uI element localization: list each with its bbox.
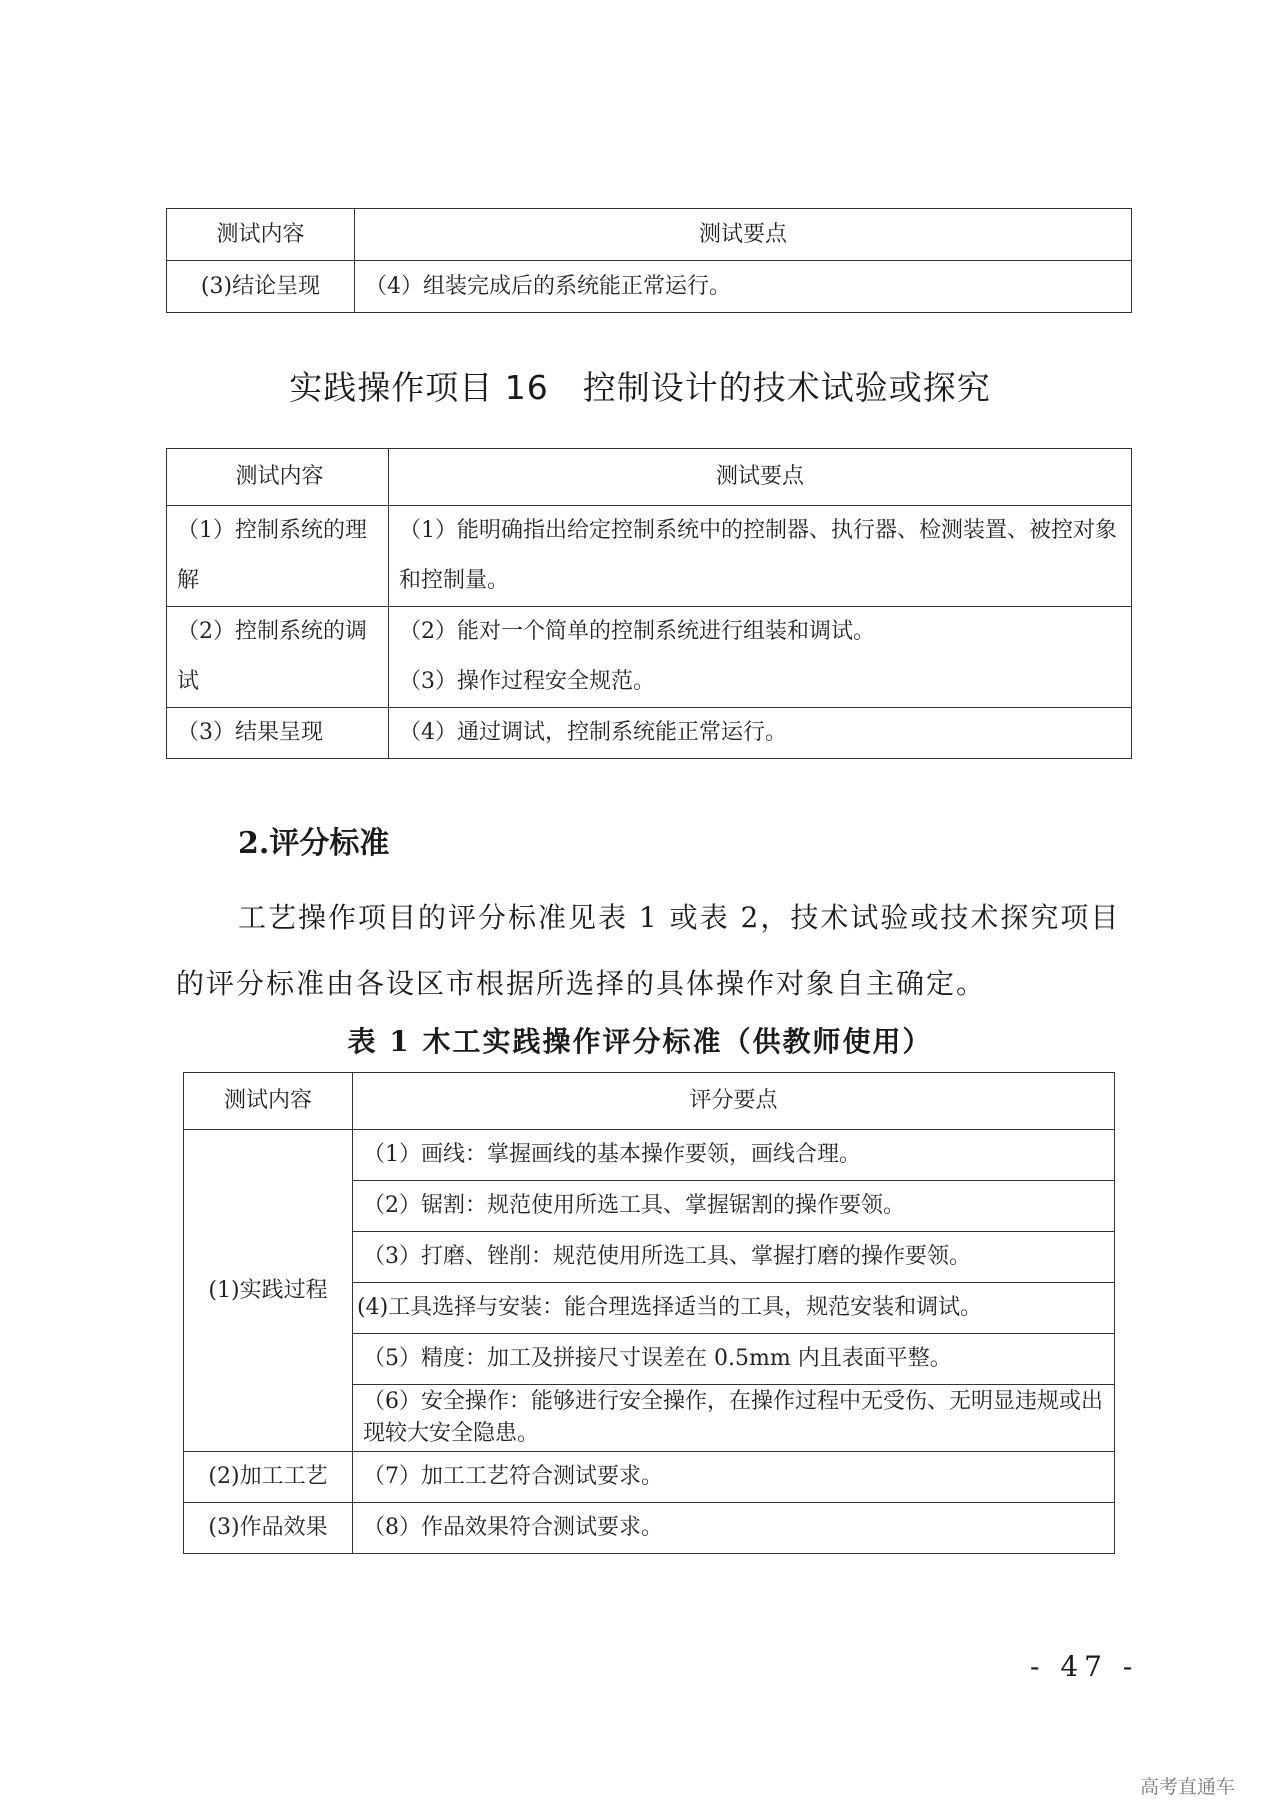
row-points: （6）安全操作：能够进行安全操作，在操作过程中无受伤、无明显违规或出现较大安全隐… xyxy=(353,1385,1115,1452)
table-row: (2)加工工艺 （7）加工工艺符合测试要求。 xyxy=(184,1452,1115,1503)
row-points: （2）能对一个简单的控制系统进行组装和调试。 （3）操作过程安全规范。 xyxy=(389,607,1132,708)
table-row: (3)结论呈现 （4）组装完成后的系统能正常运行。 xyxy=(167,261,1132,313)
section-paragraph: 工艺操作项目的评分标准见表 1 或表 2，技术试验或技术探究项目的评分标准由各设… xyxy=(176,885,1131,1017)
header-test-points: 测试要点 xyxy=(355,209,1132,261)
header-test-points: 测试要点 xyxy=(389,449,1132,506)
row-content: （2）控制系统的调试 xyxy=(167,607,389,708)
watermark-text: 高考直通车 xyxy=(1140,1772,1235,1799)
row-points: （3）打磨、锉削：规范使用所选工具、掌握打磨的操作要领。 xyxy=(353,1232,1115,1283)
table-row: (3)作品效果 （8）作品效果符合测试要求。 xyxy=(184,1503,1115,1554)
row-content: （1）控制系统的理解 xyxy=(167,506,389,607)
row-content: (3)结论呈现 xyxy=(167,261,355,313)
row-points: （4）组装完成后的系统能正常运行。 xyxy=(355,261,1132,313)
test-table-continued: 测试内容 测试要点 (3)结论呈现 （4）组装完成后的系统能正常运行。 xyxy=(166,208,1132,313)
row-content: （3）结果呈现 xyxy=(167,708,389,759)
point-item: （3）操作过程安全规范。 xyxy=(399,657,1121,707)
table-1-caption: 表 1 木工实践操作评分标准（供教师使用） xyxy=(0,1020,1280,1060)
row-points: （5）精度：加工及拼接尺寸误差在 0.5mm 内且表面平整。 xyxy=(353,1334,1115,1385)
table-row: （2）控制系统的调试 （2）能对一个简单的控制系统进行组装和调试。 （3）操作过… xyxy=(167,607,1132,708)
row-content: (1)实践过程 xyxy=(184,1130,353,1452)
row-points: (4)工具选择与安装：能合理选择适当的工具，规范安装和调试。 xyxy=(353,1283,1115,1334)
table-row: （3）结果呈现 （4）通过调试，控制系统能正常运行。 xyxy=(167,708,1132,759)
row-content: (2)加工工艺 xyxy=(184,1452,353,1503)
table-row: （1）控制系统的理解 （1）能明确指出给定控制系统中的控制器、执行器、检测装置、… xyxy=(167,506,1132,607)
row-points: （8）作品效果符合测试要求。 xyxy=(353,1503,1115,1554)
row-content: (3)作品效果 xyxy=(184,1503,353,1554)
row-points: （1）画线：掌握画线的基本操作要领，画线合理。 xyxy=(353,1130,1115,1181)
section-heading: 2.评分标准 xyxy=(238,818,389,862)
table-row: (1)实践过程 （1）画线：掌握画线的基本操作要领，画线合理。 xyxy=(184,1130,1115,1181)
row-points: （1）能明确指出给定控制系统中的控制器、执行器、检测装置、被控对象和控制量。 xyxy=(389,506,1132,607)
row-points: （4）通过调试，控制系统能正常运行。 xyxy=(389,708,1132,759)
point-item: （2）能对一个简单的控制系统进行组装和调试。 xyxy=(399,607,1121,657)
project-16-table: 测试内容 测试要点 （1）控制系统的理解 （1）能明确指出给定控制系统中的控制器… xyxy=(166,448,1132,759)
project-16-title: 实践操作项目 16 控制设计的技术试验或探究 xyxy=(0,362,1280,409)
header-test-content: 测试内容 xyxy=(167,209,355,261)
header-test-content: 测试内容 xyxy=(167,449,389,506)
document-page: 测试内容 测试要点 (3)结论呈现 （4）组装完成后的系统能正常运行。 实践操作… xyxy=(0,0,1280,1810)
row-points: （2）锯割：规范使用所选工具、掌握锯割的操作要领。 xyxy=(353,1181,1115,1232)
header-scoring-points: 评分要点 xyxy=(353,1073,1115,1130)
header-test-content: 测试内容 xyxy=(184,1073,353,1130)
table-1-scoring: 测试内容 评分要点 (1)实践过程 （1）画线：掌握画线的基本操作要领，画线合理… xyxy=(183,1072,1115,1554)
page-number: - 47 - xyxy=(1030,1650,1138,1683)
row-points: （7）加工工艺符合测试要求。 xyxy=(353,1452,1115,1503)
